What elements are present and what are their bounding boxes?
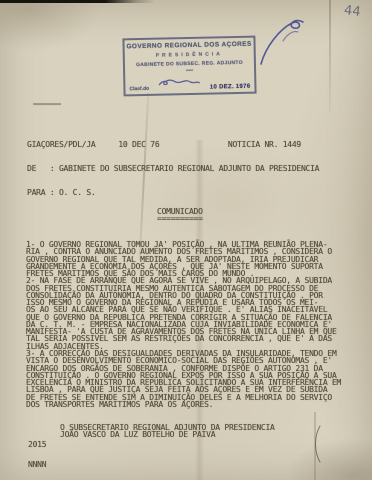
handwriting-initials-icon [157,73,201,92]
signature-block: O SUBSECRETARIO REGIONAL ADJUNTO DA PRES… [60,424,275,439]
stamp-date: 10 DEZ. 1976 [210,83,251,90]
handwritten-page-number: 44 [343,3,361,20]
paper-fold-line [329,0,331,112]
office-rubber-stamp: GOVERNO REGIONAL DOS AÇORES PRESIDÊNCIA … [122,36,256,97]
pen-stroke-mark [313,424,323,468]
stamp-divider-dash: — [186,68,193,72]
scanned-document-page: 44 GOVERNO REGIONAL DOS AÇORES PRESIDÊNC… [0,0,372,480]
telex-end-marker: NNNN [28,460,46,469]
telex-time-code: 2015 [28,440,46,449]
stamp-org-name: GOVERNO REGIONAL DOS AÇORES [126,41,251,51]
stamp-entry-row: Clasf.do 10 DEZ. 1976 [125,72,254,93]
typed-separator-marks: =========== [33,102,61,108]
handwritten-signature-icon [256,16,308,72]
stamp-dept-name: PRESIDÊNCIA [156,51,223,58]
stamp-entry-label: Clasf.do [129,85,149,91]
communique-body-text: 1- O GOVERNO REGIONAL TOMOU JA' POSIÇÃO … [26,241,341,408]
scan-edge-artifact [0,0,155,3]
title-underline: ========== [157,214,203,223]
telex-header: GIAÇORES/PDL/JA 10 DEC 76 NOTICIA NR. 14… [27,133,319,205]
